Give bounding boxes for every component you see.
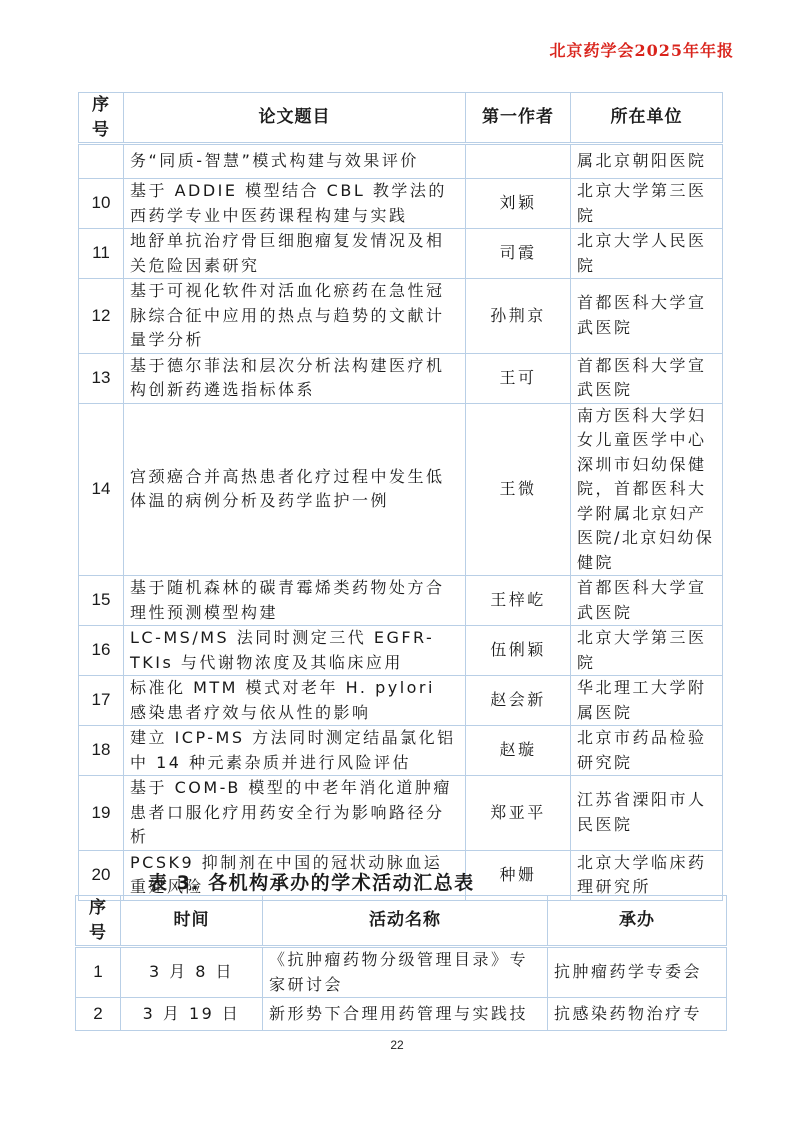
activity-date: 3 月 8 日	[121, 947, 263, 998]
paper-title: 基于随机森林的碳青霉烯类药物处方合理性预测模型构建	[124, 576, 466, 626]
table-row: 11地舒单抗治疗骨巨细胞瘤复发情况及相关危险因素研究司霞北京大学人民医院	[79, 229, 723, 279]
page-number: 22	[0, 1038, 794, 1052]
first-author: 赵璇	[466, 726, 571, 776]
first-author: 种姗	[466, 850, 571, 900]
paper-title: 宫颈癌合并高热患者化疗过程中发生低体温的病例分析及药学监护一例	[124, 403, 466, 576]
row-number: 15	[79, 576, 124, 626]
affiliation: 首都医科大学宣武医院	[571, 353, 723, 403]
column-header-title: 论文题目	[124, 93, 466, 144]
first-author: 刘颖	[466, 179, 571, 229]
affiliation: 首都医科大学宣武医院	[571, 576, 723, 626]
table-row: 10基于 ADDIE 模型结合 CBL 教学法的西药学专业中医药课程构建与实践刘…	[79, 179, 723, 229]
paper-title: 基于 COM-B 模型的中老年消化道肿瘤患者口服化疗用药安全行为影响路径分析	[124, 776, 466, 851]
affiliation: 属北京朝阳医院	[571, 144, 723, 179]
activity-summary-table: 序号 时间 活动名称 承办 13 月 8 日《抗肿瘤药物分级管理目录》专家研讨会…	[75, 895, 727, 1031]
column-header-author: 第一作者	[466, 93, 571, 144]
row-number: 20	[79, 850, 124, 900]
affiliation: 华北理工大学附属医院	[571, 676, 723, 726]
table-header-row: 序号 论文题目 第一作者 所在单位	[79, 93, 723, 144]
row-number: 10	[79, 179, 124, 229]
report-banner: 北京药学会2025年年报	[549, 38, 734, 61]
row-number: 14	[79, 403, 124, 576]
table-row: 14宫颈癌合并高热患者化疗过程中发生低体温的病例分析及药学监护一例王微南方医科大…	[79, 403, 723, 576]
first-author: 王梓屹	[466, 576, 571, 626]
activity-date: 3 月 19 日	[121, 998, 263, 1031]
paper-title: 标准化 MTM 模式对老年 H. pylori 感染患者疗效与依从性的影响	[124, 676, 466, 726]
column-header-no: 序号	[76, 896, 121, 947]
affiliation: 北京大学临床药理研究所	[571, 850, 723, 900]
host-organization: 抗感染药物治疗专	[548, 998, 727, 1031]
first-author: 伍俐颖	[466, 626, 571, 676]
paper-title: 基于德尔菲法和层次分析法构建医疗机构创新药遴选指标体系	[124, 353, 466, 403]
affiliation: 南方医科大学妇女儿童医学中心深圳市妇幼保健院，首都医科大学附属北京妇产医院/北京…	[571, 403, 723, 576]
paper-title: LC-MS/MS 法同时测定三代 EGFR-TKIs 与代谢物浓度及其临床应用	[124, 626, 466, 676]
row-number: 17	[79, 676, 124, 726]
host-organization: 抗肿瘤药学专委会	[548, 947, 727, 998]
row-number: 18	[79, 726, 124, 776]
first-author: 赵会新	[466, 676, 571, 726]
row-number: 1	[76, 947, 121, 998]
table3-caption: 表 3. 各机构承办的学术活动汇总表	[148, 868, 475, 895]
table-row: 13基于德尔菲法和层次分析法构建医疗机构创新药遴选指标体系王可首都医科大学宣武医…	[79, 353, 723, 403]
affiliation: 首都医科大学宣武医院	[571, 279, 723, 354]
affiliation: 江苏省溧阳市人民医院	[571, 776, 723, 851]
table-row: 12基于可视化软件对活血化瘀药在急性冠脉综合征中应用的热点与趋势的文献计量学分析…	[79, 279, 723, 354]
activity-name: 新形势下合理用药管理与实践技	[263, 998, 548, 1031]
table-row: 15基于随机森林的碳青霉烯类药物处方合理性预测模型构建王梓屹首都医科大学宣武医院	[79, 576, 723, 626]
table-header-row: 序号 时间 活动名称 承办	[76, 896, 727, 947]
row-number: 2	[76, 998, 121, 1031]
paper-title: 基于可视化软件对活血化瘀药在急性冠脉综合征中应用的热点与趋势的文献计量学分析	[124, 279, 466, 354]
table-row: 务“同质-智慧”模式构建与效果评价属北京朝阳医院	[79, 144, 723, 179]
table-row: 18建立 ICP-MS 方法同时测定结晶氯化铝中 14 种元素杂质并进行风险评估…	[79, 726, 723, 776]
column-header-host: 承办	[548, 896, 727, 947]
affiliation: 北京大学第三医院	[571, 179, 723, 229]
first-author: 孙荆京	[466, 279, 571, 354]
paper-list-table: 序号 论文题目 第一作者 所在单位 务“同质-智慧”模式构建与效果评价属北京朝阳…	[78, 92, 723, 901]
first-author	[466, 144, 571, 179]
row-number: 19	[79, 776, 124, 851]
paper-title: 基于 ADDIE 模型结合 CBL 教学法的西药学专业中医药课程构建与实践	[124, 179, 466, 229]
activity-name: 《抗肿瘤药物分级管理目录》专家研讨会	[263, 947, 548, 998]
row-number: 13	[79, 353, 124, 403]
row-number	[79, 144, 124, 179]
row-number: 12	[79, 279, 124, 354]
first-author: 郑亚平	[466, 776, 571, 851]
affiliation: 北京大学第三医院	[571, 626, 723, 676]
affiliation: 北京市药品检验研究院	[571, 726, 723, 776]
first-author: 司霞	[466, 229, 571, 279]
first-author: 王微	[466, 403, 571, 576]
paper-title: 建立 ICP-MS 方法同时测定结晶氯化铝中 14 种元素杂质并进行风险评估	[124, 726, 466, 776]
column-header-no: 序号	[79, 93, 124, 144]
paper-title: 务“同质-智慧”模式构建与效果评价	[124, 144, 466, 179]
first-author: 王可	[466, 353, 571, 403]
column-header-activity: 活动名称	[263, 896, 548, 947]
table-row: 13 月 8 日《抗肿瘤药物分级管理目录》专家研讨会抗肿瘤药学专委会	[76, 947, 727, 998]
table-row: 16LC-MS/MS 法同时测定三代 EGFR-TKIs 与代谢物浓度及其临床应…	[79, 626, 723, 676]
row-number: 11	[79, 229, 124, 279]
table-row: 23 月 19 日新形势下合理用药管理与实践技抗感染药物治疗专	[76, 998, 727, 1031]
affiliation: 北京大学人民医院	[571, 229, 723, 279]
table-row: 19基于 COM-B 模型的中老年消化道肿瘤患者口服化疗用药安全行为影响路径分析…	[79, 776, 723, 851]
column-header-date: 时间	[121, 896, 263, 947]
paper-title: 地舒单抗治疗骨巨细胞瘤复发情况及相关危险因素研究	[124, 229, 466, 279]
column-header-unit: 所在单位	[571, 93, 723, 144]
row-number: 16	[79, 626, 124, 676]
table-row: 17标准化 MTM 模式对老年 H. pylori 感染患者疗效与依从性的影响赵…	[79, 676, 723, 726]
